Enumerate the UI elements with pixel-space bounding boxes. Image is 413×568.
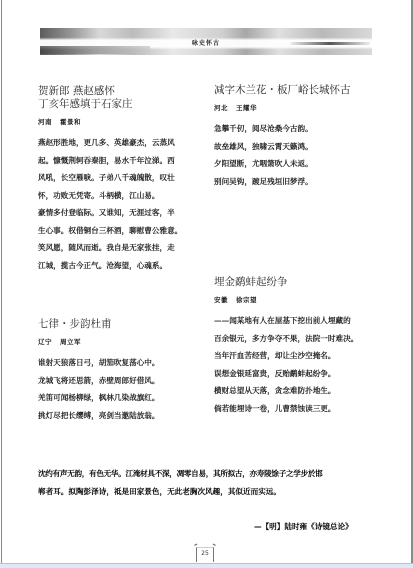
poem-line: 笑风愿，随风而逝。我自是无家张挂，走 [38, 239, 208, 257]
poem-line: 豪情多付登临际。又谁知，无涯过客，半 [38, 204, 208, 222]
author-region: 安徽 [214, 296, 228, 304]
quote-line: 郸者耳。拟陶彭泽诗，祗是田家景色，无此老胸次风趣，其似近而实远。 [38, 483, 378, 501]
author-name: 霍景和 [60, 118, 81, 126]
poem-line: 生心事。权借铜台三杯酒，聊慰曹公雅意。 [38, 222, 208, 240]
poem-title: 贺新郎 燕赵感怀 [38, 85, 208, 98]
poem-line: 燕赵形胜地，更几多、英雄豪杰，云蒸风 [38, 134, 208, 152]
section-banner: 咏史怀古 [40, 28, 372, 55]
poem-title: 减字木兰花・板厂峪长城怀古 [214, 84, 394, 97]
poem-line: 起。慷慨荆轲吞秦胆，易水千年泣涕。西 [38, 152, 208, 170]
poem-2: 七律・步韵杜甫 辽宁周立军 谁射天狼落日弓，胡笳吹复荡心中。 龙城飞将还思箭，赤… [38, 318, 208, 424]
author-region: 河南 [38, 118, 52, 126]
poem-line: 倘若能埋诗一卷，儿曹禁蚀读三更。 [214, 400, 399, 418]
author-region: 河北 [214, 104, 228, 112]
poem-line: 当年汗血苦经营，却让尘沙空掩名。 [214, 347, 399, 365]
author-name: 徐宗望 [236, 296, 257, 304]
poem-line: 夕阳望断，尤咽箫吹人未返。 [214, 155, 394, 173]
author-name: 周立军 [60, 338, 81, 346]
poem-line: 挑灯尽把长缨缚，亮剑当邀陆放翁。 [38, 407, 208, 425]
poem-author: 河南霍景和 [38, 117, 208, 126]
poem-line: 江城，揽古今正气。沧海望，心魂系。 [38, 257, 208, 275]
poem-author: 安徽徐宗望 [214, 295, 399, 304]
poem-author: 辽宁周立军 [38, 337, 208, 346]
quote-line: 沈约有声无韵，有色无华。江淹材具不深，凋零自易，其所拟古，亦寿陵馀子之学步於邯 [38, 465, 378, 483]
poem-line: 别问吴钩，踱足残垣旧梦浮。 [214, 173, 394, 191]
author-region: 辽宁 [38, 338, 52, 346]
poem-line: 风吼，长空雁唳。子弟八千魂魄散，叹壮 [38, 169, 208, 187]
poem-author: 河北王耀华 [214, 103, 394, 112]
section-title: 咏史怀古 [40, 38, 372, 47]
poem-title: 埋金鹬蚌起纷争 [214, 276, 399, 289]
viewer-bottom-bar [0, 563, 413, 568]
poem-preface: 百余银元，多方争夺不果，法院一时难决。 [214, 330, 399, 348]
poem-line: 谁射天狼落日弓，胡笳吹复荡心中。 [38, 354, 208, 372]
poem-line: 怀，功败无凭寄。斗柄横，江山易。 [38, 187, 208, 205]
poem-title: 七律・步韵杜甫 [38, 318, 208, 331]
poem-4: 埋金鹬蚌起纷争 安徽徐宗望 ——闻某地有人在屋基下挖出前人埋藏的 百余银元，多方… [214, 276, 399, 417]
critique-quote: 沈约有声无韵，有色无华。江淹材具不深，凋零自易，其所拟古，亦寿陵馀子之学步於邯 … [38, 465, 378, 500]
poem-line: 急攀千仞，阅尽沧桑今古韵。 [214, 120, 394, 138]
poem-preface: ——闻某地有人在屋基下挖出前人埋藏的 [214, 312, 399, 330]
poem-line: 龙城飞将还思箭，赤壁周郎好借风。 [38, 372, 208, 390]
quote-source: —【明】陆时雍《诗镜总论》 [254, 521, 353, 532]
page-number: 25 [196, 547, 214, 562]
poem-line: 误想金银延富贵，反贻鹬蚌起纷争。 [214, 365, 399, 383]
poem-subtitle: 丁亥年感填于石家庄 [38, 98, 208, 111]
author-name: 王耀华 [236, 104, 257, 112]
poem-1: 贺新郎 燕赵感怀 丁亥年感填于石家庄 河南霍景和 燕赵形胜地，更几多、英雄豪杰，… [38, 85, 208, 274]
poem-3: 减字木兰花・板厂峪长城怀古 河北王耀华 急攀千仞，阅尽沧桑今古韵。 故垒雄风，独… [214, 84, 394, 190]
poem-line: 羌笛可闻杨柳绿，枫林几染战旗红。 [38, 389, 208, 407]
poem-line: 横财总望从天落，贪念难防扑地生。 [214, 382, 399, 400]
poem-line: 故垒雄风，独啸云霄天籁鸿。 [214, 138, 394, 156]
